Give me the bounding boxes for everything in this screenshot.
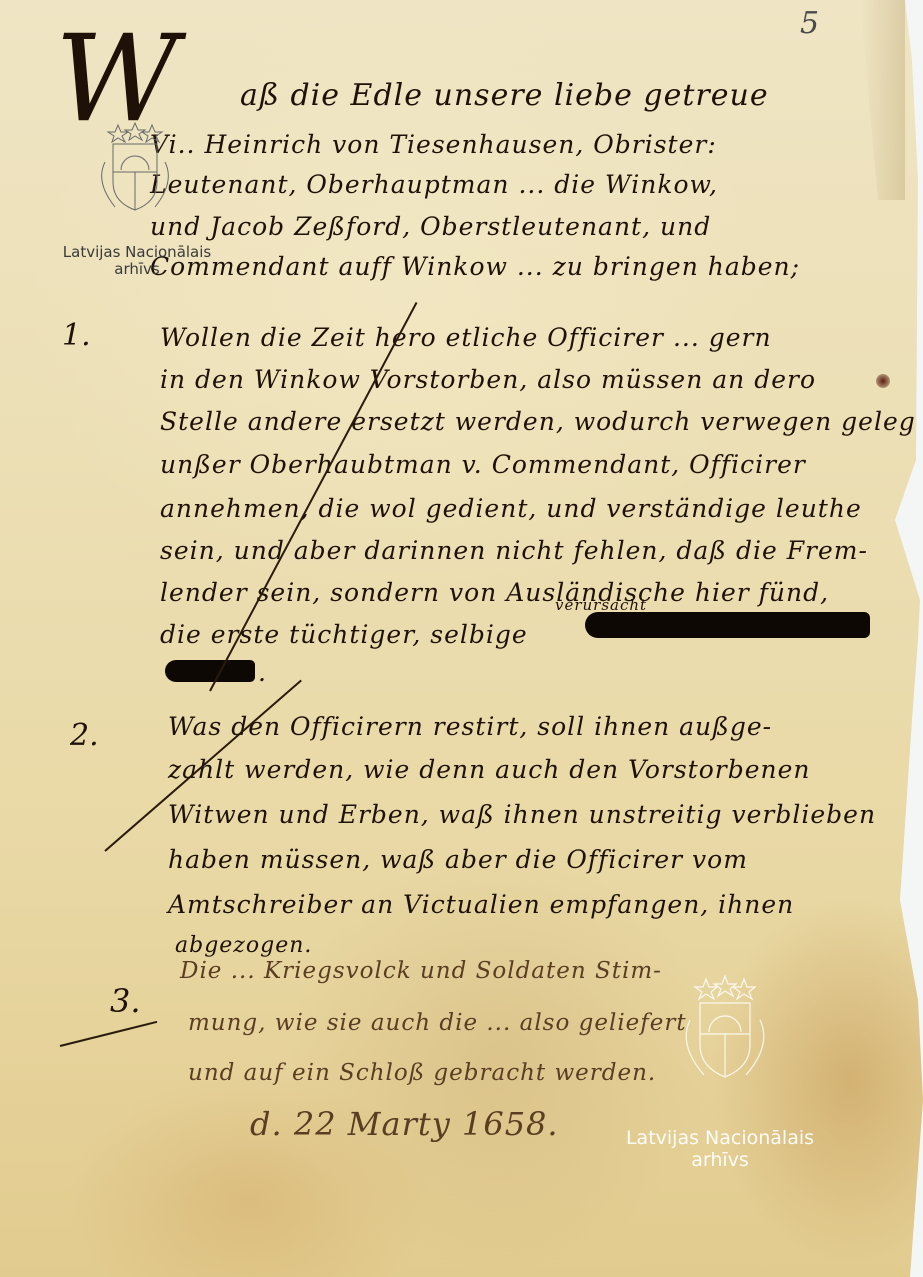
item-line: mung, wie sie auch die ... also geliefer…	[188, 1010, 687, 1036]
heading-line: und Jacob Zeßford, Oberstleutenant, und	[150, 212, 711, 241]
watermark-line: arhīvs	[605, 1150, 835, 1172]
item-line: und auf ein Schloß gebracht werden.	[188, 1060, 656, 1086]
item-line: die erste tüchtiger, selbige	[160, 620, 528, 649]
item-line: Amtschreiber an Victualien empfangen, ih…	[168, 890, 794, 919]
archive-watermark: Latvijas Nacionālais arhīvs	[52, 244, 222, 279]
item-line: Witwen und Erben, waß ihnen unstreitig v…	[168, 800, 876, 829]
heading-line: Commendant auff Winkow ... zu bringen ha…	[150, 252, 800, 281]
watermark-line: arhīvs	[52, 261, 222, 278]
item-line: Wollen die Zeit hero etliche Officirer .…	[160, 323, 772, 352]
item-line: haben müssen, waß aber die Officirer vom	[168, 845, 748, 874]
ink-redaction	[165, 660, 255, 682]
watermark-line: Latvijas Nacionālais	[605, 1128, 835, 1150]
heading-line: aß die Edle unsere liebe getreue	[240, 78, 769, 113]
item-line: zahlt werden, wie denn auch den Vorstorb…	[168, 755, 811, 784]
heading-line: Leutenant, Oberhauptman ... die Winkow,	[150, 170, 718, 199]
item-line: in den Winkow Vorstorben, also müssen an…	[160, 365, 816, 394]
coat-of-arms-icon	[85, 122, 185, 217]
ink-redaction	[585, 612, 870, 638]
date-line: d. 22 Marty 1658.	[250, 1105, 559, 1143]
heading-line: Vi.. Heinrich von Tiesenhausen, Obrister…	[150, 130, 717, 159]
manuscript-page: 5 W aß die Edle unsere liebe getreue Vi.…	[0, 0, 923, 1277]
item-number: 3.	[110, 982, 141, 1020]
page-number: 5	[800, 6, 819, 41]
ink-stain	[876, 374, 890, 388]
archive-watermark: Latvijas Nacionālais arhīvs	[605, 1128, 835, 1172]
item-number: 1.	[62, 318, 91, 353]
watermark-line: Latvijas Nacionālais	[52, 244, 222, 261]
item-line: sein, und aber darinnen nicht fehlen, da…	[160, 536, 868, 565]
item-line: Stelle andere ersetzt werden, wodurch ve…	[160, 407, 923, 436]
item-number: 2.	[70, 718, 99, 753]
margin-stroke	[60, 1021, 158, 1047]
coat-of-arms-icon	[670, 975, 780, 1085]
paper-fold	[860, 0, 905, 200]
item-line: unßer Oberhaubtman v. Commendant, Offici…	[160, 450, 806, 479]
item-line-end: .	[258, 658, 267, 687]
item-line: Die ... Kriegsvolck und Soldaten Stim-	[180, 958, 662, 984]
item-line: abgezogen.	[175, 933, 312, 958]
item-line: annehmen, die wol gedient, und verständi…	[160, 494, 862, 523]
